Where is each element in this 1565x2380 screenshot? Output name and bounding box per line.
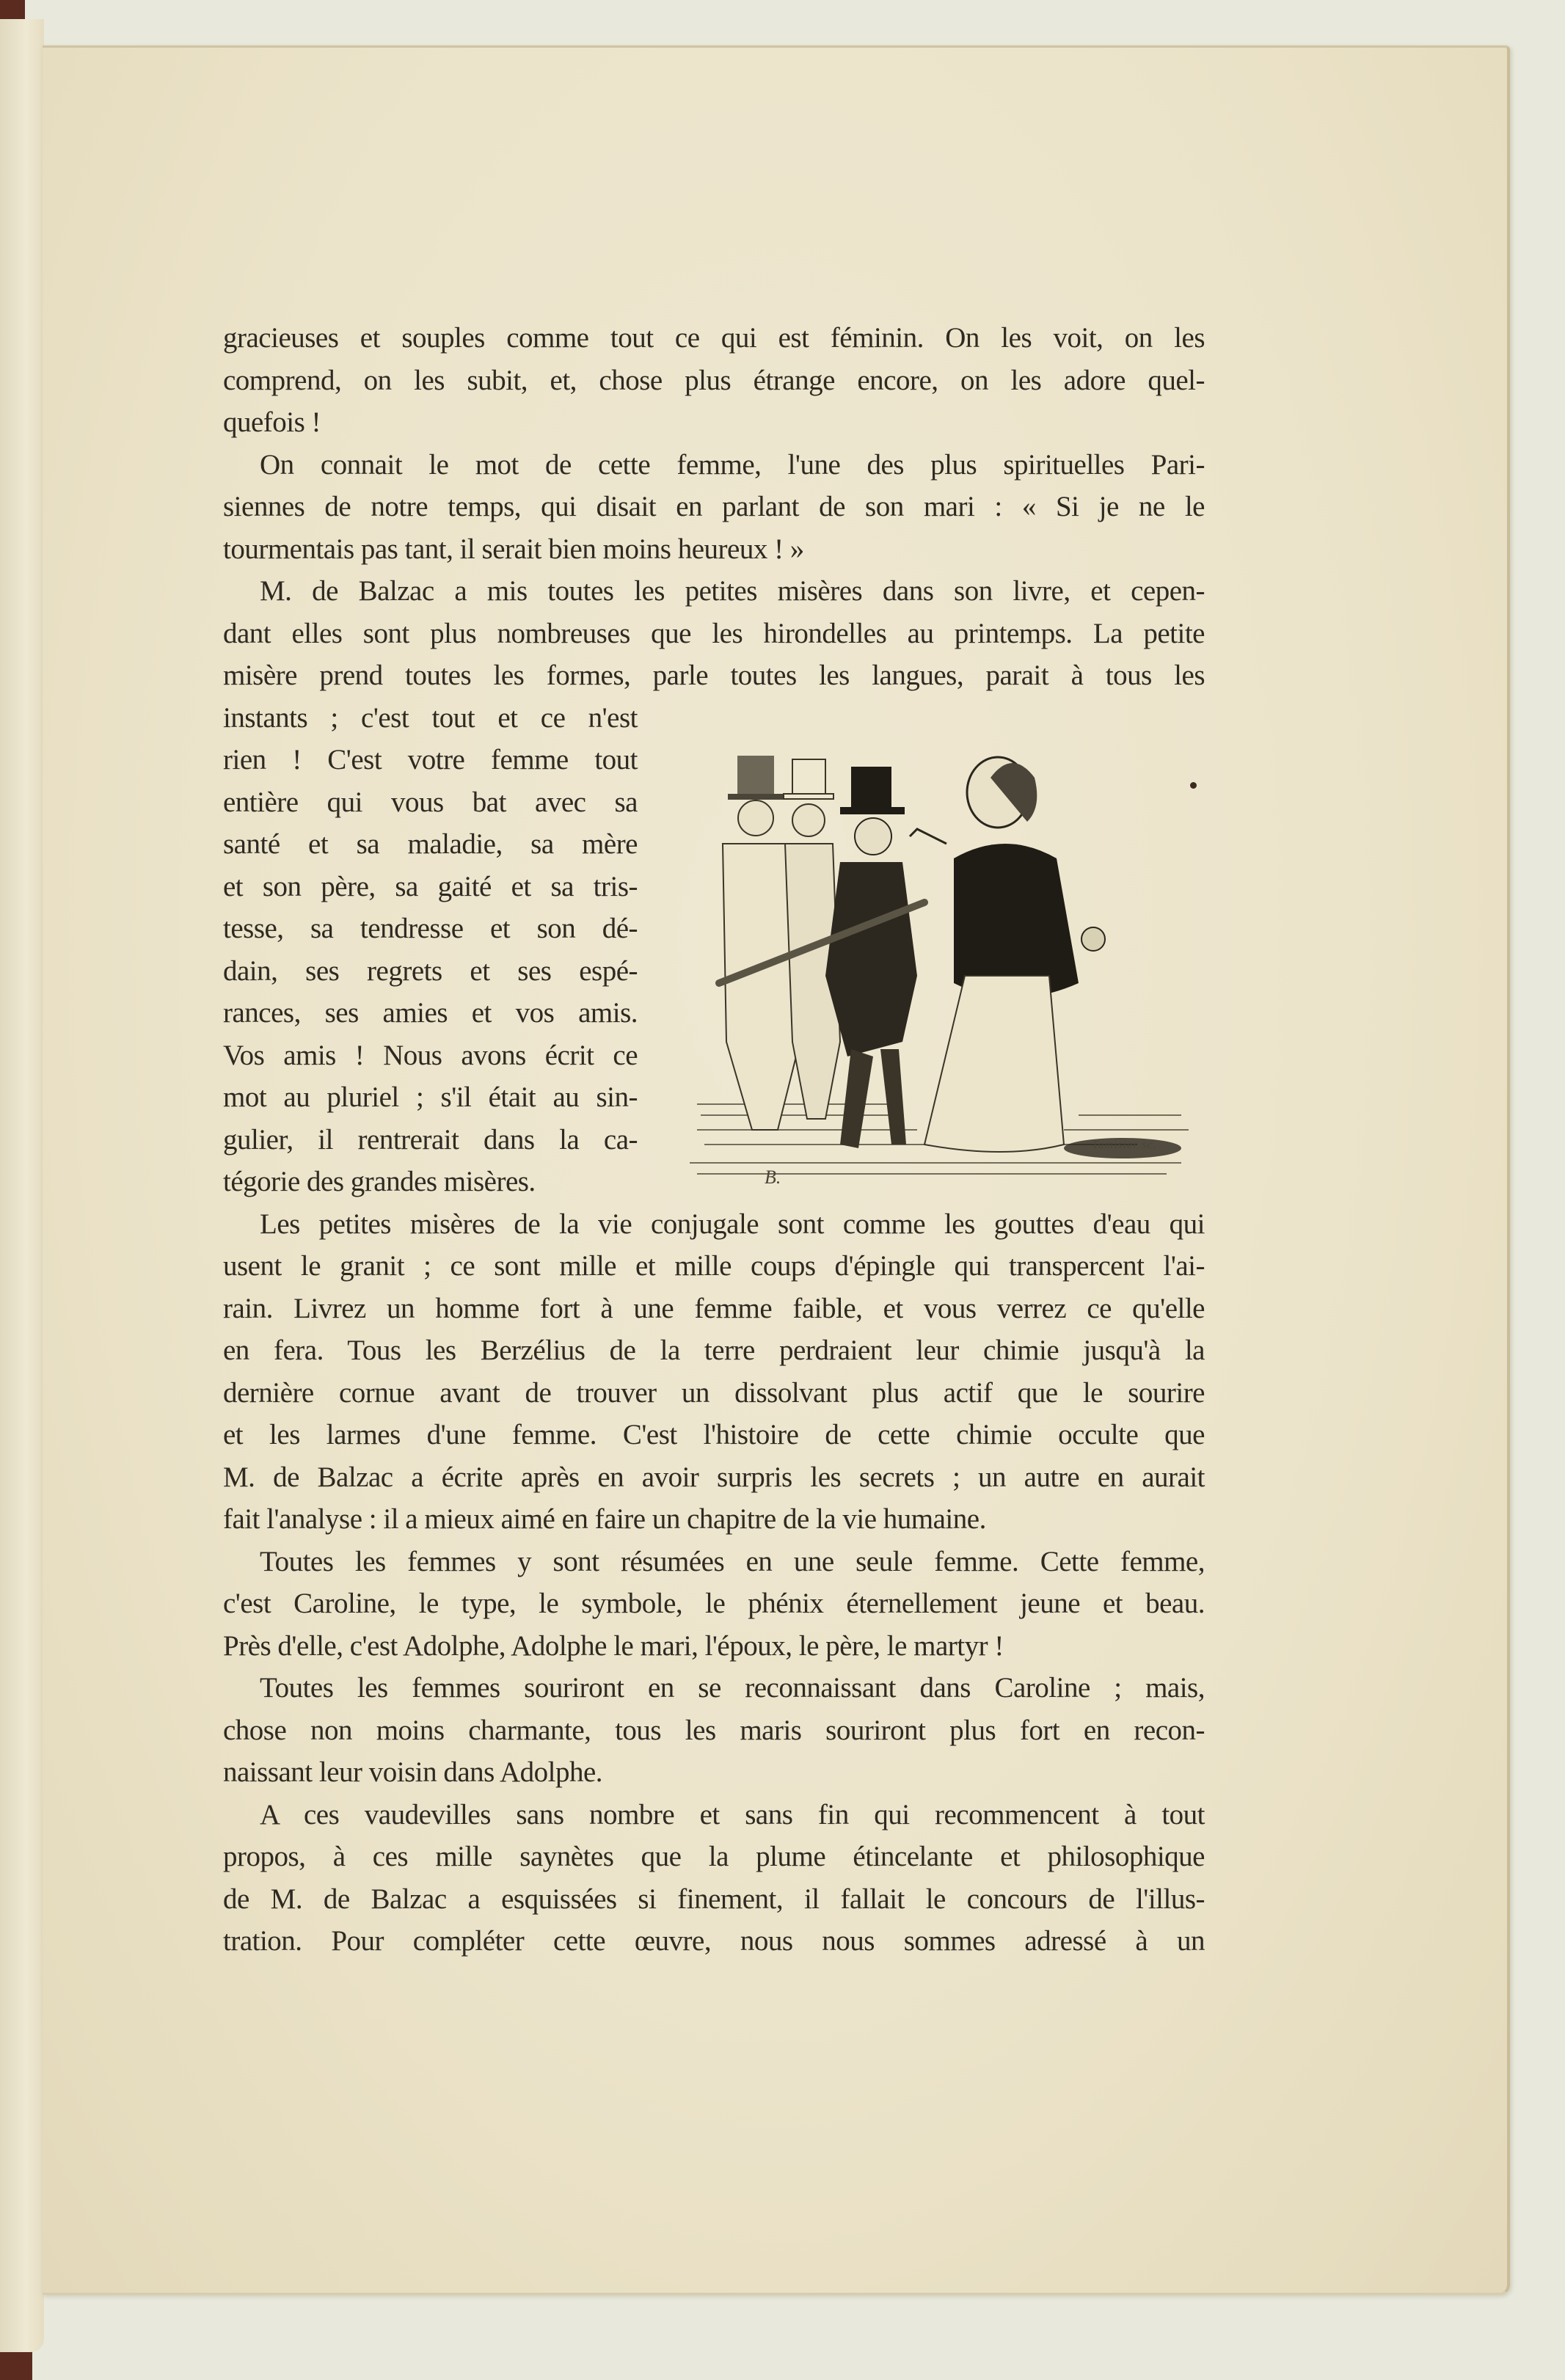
text-line: Toutes les femmes souriront en se reconn… — [223, 1667, 1205, 1709]
text-line: siennes de notre temps, qui disait en pa… — [223, 486, 1205, 528]
text-line: entière qui vous bat avec sa — [223, 781, 638, 824]
paragraph: Les petites misères de la vie conjugale … — [223, 1203, 1205, 1541]
text-line: mot au pluriel ; s'il était au sin- — [223, 1076, 638, 1119]
engraver-signature: Tamisier sc. — [1092, 1139, 1157, 1152]
text-line: rien ! C'est votre femme tout — [223, 739, 638, 781]
text-line: instants ; c'est tout et ce n'est — [223, 697, 638, 740]
text-line: et les larmes d'une femme. C'est l'histo… — [223, 1414, 1205, 1456]
book-cover-corner-bottom — [0, 2348, 32, 2380]
engraving-illustration — [682, 734, 1196, 1196]
text-line: M. de Balzac a mis toutes les petites mi… — [223, 570, 1205, 613]
text-line: de M. de Balzac a esquissées si finement… — [223, 1878, 1205, 1921]
text-line: gulier, il rentrerait dans la ca- — [223, 1119, 638, 1161]
text-line: dernière cornue avant de trouver un diss… — [223, 1372, 1205, 1415]
paragraph: A ces vaudevilles sans nombre et sans fi… — [223, 1794, 1205, 1963]
text-line: tration. Pour compléter cette œuvre, nou… — [223, 1920, 1205, 1963]
text-line: rain. Livrez un homme fort à une femme f… — [223, 1288, 1205, 1330]
text-line: tourmentais pas tant, il serait bien moi… — [223, 528, 1205, 571]
text-line: tégorie des grandes misères. — [223, 1161, 638, 1203]
engraving-figures-icon — [682, 734, 1196, 1196]
text-line: en fera. Tous les Berzélius de la terre … — [223, 1329, 1205, 1372]
text-line: usent le granit ; ce sont mille et mille… — [223, 1245, 1205, 1288]
text-line: tesse, sa tendresse et son dé- — [223, 908, 638, 950]
paper-speck — [1190, 782, 1197, 789]
text-line: propos, à ces mille saynètes que la plum… — [223, 1836, 1205, 1878]
text-line: Les petites misères de la vie conjugale … — [223, 1203, 1205, 1246]
text-line: c'est Caroline, le type, le symbole, le … — [223, 1583, 1205, 1625]
artist-monogram: B. — [765, 1167, 781, 1189]
text-line: dant elles sont plus nombreuses que les … — [223, 613, 1205, 655]
paragraph: Toutes les femmes y sont résumées en une… — [223, 1541, 1205, 1668]
text-line: et son père, sa gaité et sa tris- — [223, 866, 638, 908]
text-line: Toutes les femmes y sont résumées en une… — [223, 1541, 1205, 1583]
paragraph: Toutes les femmes souriront en se reconn… — [223, 1667, 1205, 1794]
text-line: rances, ses amies et vos amis. — [223, 992, 638, 1034]
text-line: santé et sa maladie, sa mère — [223, 823, 638, 866]
previous-page-edge — [0, 19, 44, 2352]
text-line: naissant leur voisin dans Adolphe. — [223, 1751, 1205, 1794]
text-wrap-column: instants ; c'est tout et ce n'est rien !… — [223, 697, 638, 1203]
text-line: misère prend toutes les formes, parle to… — [223, 654, 1205, 697]
text-line: comprend, on les subit, et, chose plus é… — [223, 359, 1205, 402]
paragraph: gracieuses et souples comme tout ce qui … — [223, 317, 1205, 444]
text-line: A ces vaudevilles sans nombre et sans fi… — [223, 1794, 1205, 1836]
text-line: M. de Balzac a écrite après en avoir sur… — [223, 1456, 1205, 1499]
text-line: gracieuses et souples comme tout ce qui … — [223, 317, 1205, 359]
text-line: chose non moins charmante, tous les mari… — [223, 1709, 1205, 1752]
text-line: dain, ses regrets et ses espé- — [223, 950, 638, 993]
text-line: On connait le mot de cette femme, l'une … — [223, 444, 1205, 486]
text-line: Près d'elle, c'est Adolphe, Adolphe le m… — [223, 1625, 1205, 1668]
text-line: quefois ! — [223, 401, 1205, 444]
paragraph: On connait le mot de cette femme, l'une … — [223, 444, 1205, 571]
text-line: Vos amis ! Nous avons écrit ce — [223, 1034, 638, 1077]
text-line: fait l'analyse : il a mieux aimé en fair… — [223, 1498, 1205, 1541]
